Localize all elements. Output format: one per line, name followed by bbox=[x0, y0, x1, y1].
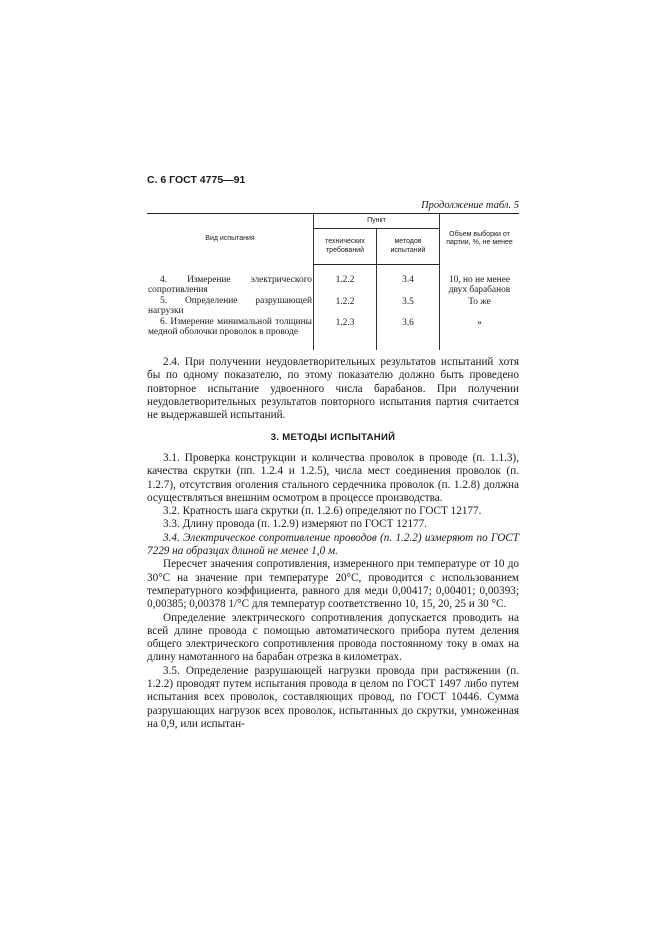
table-row: 6. Измерение минимальной толщины медной … bbox=[147, 317, 519, 350]
cell-volume: 10, но не менее двух барабанов bbox=[440, 265, 520, 296]
cell-method: 3.6 bbox=[377, 317, 440, 350]
cell-tech: 1.2.2 bbox=[314, 296, 377, 317]
paragraph-3-3: 3.3. Длину провода (п. 1.2.9) измеряют п… bbox=[147, 518, 519, 531]
section-3-body: 3.1. Проверка конструкции и количества п… bbox=[147, 452, 519, 731]
paragraph-3-1: 3.1. Проверка конструкции и количества п… bbox=[147, 452, 519, 505]
paragraph-3-2: 3.2. Кратность шага скрутки (п. 1.2.6) о… bbox=[147, 505, 519, 518]
cell-method: 3.5 bbox=[377, 296, 440, 317]
cell-volume: То же bbox=[440, 296, 520, 317]
cell-name: 5. Определение разрушающей нагрузки bbox=[147, 296, 314, 317]
cell-name: 4. Измерение электрического сопротивлени… bbox=[147, 265, 314, 296]
paragraph-3-5: 3.5. Определение разрушающей нагрузки пр… bbox=[147, 665, 519, 731]
table-continuation-caption: Продолжение табл. 5 bbox=[421, 200, 519, 211]
table-row: 5. Определение разрушающей нагрузки 1.2.… bbox=[147, 296, 519, 317]
header-clause: Пункт bbox=[314, 214, 440, 229]
cell-volume: » bbox=[440, 317, 520, 350]
cell-tech: 1.2.2 bbox=[314, 265, 377, 296]
table-row: 4. Измерение электрического сопротивлени… bbox=[147, 265, 519, 296]
paragraph-recalculation: Пересчет значения сопротивления, измерен… bbox=[147, 558, 519, 611]
running-head: С. 6 ГОСТ 4775—91 bbox=[147, 174, 245, 186]
header-test-methods: методов испытаний bbox=[377, 229, 440, 265]
section-title: 3. МЕТОДЫ ИСПЫТАНИЙ bbox=[147, 432, 519, 443]
paragraph-3-4: 3.4. Электрическое сопротивление проводо… bbox=[147, 532, 519, 559]
paragraph-2-4: 2.4. При получении неудовлетворительных … bbox=[147, 356, 519, 422]
header-tech-requirements: технических требований bbox=[314, 229, 377, 265]
paragraph-resistance-method: Определение электрического сопротивления… bbox=[147, 612, 519, 665]
cell-name: 6. Измерение минимальной толщины медной … bbox=[147, 317, 314, 350]
paragraph-2-4-block: 2.4. При получении неудовлетворительных … bbox=[147, 356, 519, 422]
header-test-type: Вид испытания bbox=[147, 214, 314, 265]
cell-method: 3.4 bbox=[377, 265, 440, 296]
cell-tech: 1.2.3 bbox=[314, 317, 377, 350]
test-table: Вид испытания Пункт Объем выборки от пар… bbox=[147, 213, 519, 350]
header-sample-volume: Объем выборки от партии, %, не менее bbox=[440, 214, 520, 265]
